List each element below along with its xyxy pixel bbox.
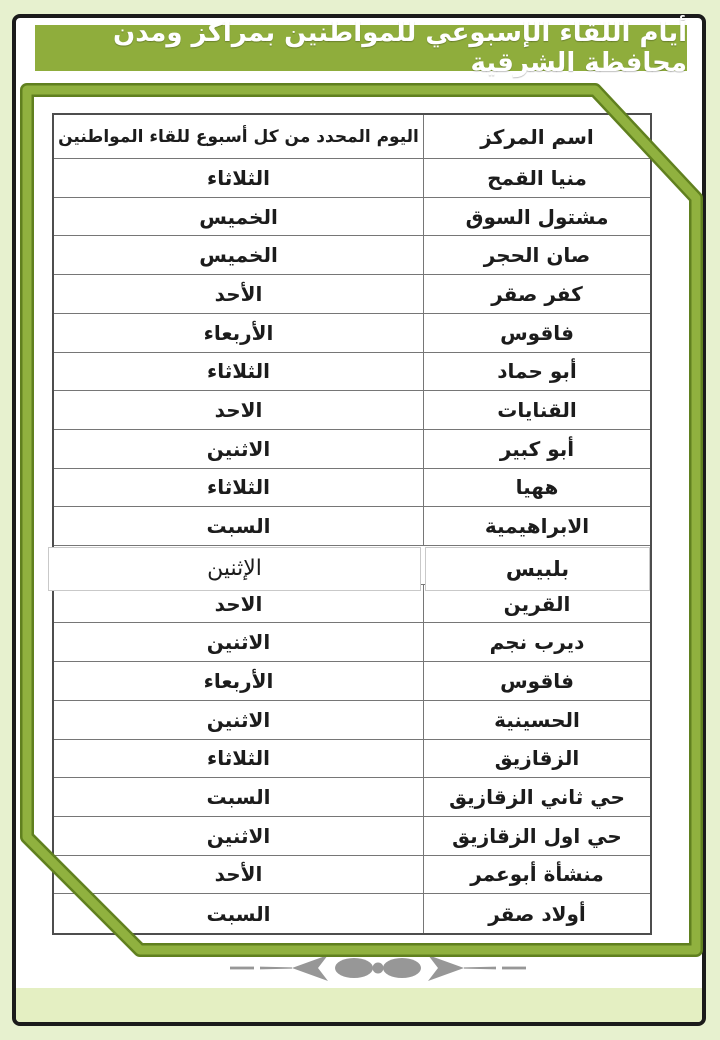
center-name-cell: الابراهيمية — [423, 507, 650, 545]
page-canvas: أيام اللقاء الإسبوعي للمواطنين بمراكز وم… — [0, 0, 720, 1040]
header-day-cell: اليوم المحدد من كل أسبوع للقاء المواطنين — [54, 115, 423, 158]
center-name-cell: ههيا — [423, 469, 650, 507]
table-row: فاقوسالأربعاء — [54, 314, 650, 353]
day-cell: الإثنين — [48, 547, 421, 591]
day-cell: الثلاثاء — [54, 159, 423, 197]
table-row: حي ثاني الزقازيقالسبت — [54, 778, 650, 817]
day-cell: الأربعاء — [54, 662, 423, 700]
table-row: حي اول الزقازيقالاثنين — [54, 817, 650, 856]
day-cell: الأربعاء — [54, 314, 423, 352]
right-taper-line — [464, 967, 496, 970]
table-row: مشتول السوقالخميس — [54, 198, 650, 237]
header-center-name-cell: اسم المركز — [423, 115, 650, 158]
table-row: أبو كبيرالاثنين — [54, 430, 650, 469]
table-row: القناياتالاحد — [54, 391, 650, 430]
left-teardrop-icon — [335, 958, 373, 978]
day-cell: الاثنين — [54, 430, 423, 468]
day-cell: الاثنين — [54, 623, 423, 661]
day-cell: السبت — [54, 894, 423, 933]
center-name-cell: أبو حماد — [423, 353, 650, 391]
center-name-cell: القنايات — [423, 391, 650, 429]
schedule-table: اسم المركز اليوم المحدد من كل أسبوع للقا… — [52, 113, 652, 935]
day-cell: الثلاثاء — [54, 469, 423, 507]
table-header-row: اسم المركز اليوم المحدد من كل أسبوع للقا… — [54, 115, 650, 159]
center-name-cell: بلبيس — [425, 547, 650, 591]
day-cell: الاحد — [54, 391, 423, 429]
page-title: أيام اللقاء الإسبوعي للمواطنين بمراكز وم… — [35, 25, 687, 71]
left-taper-line — [260, 967, 292, 970]
center-name-cell: مشتول السوق — [423, 198, 650, 236]
day-cell: الخميس — [54, 236, 423, 274]
document-page: { "title": "أيام اللقاء الإسبوعي للمواطن… — [0, 0, 720, 1040]
divider-ornament — [228, 950, 528, 986]
table-row: الزقازيقالثلاثاء — [54, 740, 650, 779]
table-row: ديرب نجمالاثنين — [54, 623, 650, 662]
table-row: منشأة أبوعمرالأحد — [54, 856, 650, 895]
right-dash — [502, 967, 526, 970]
center-name-cell: أولاد صقر — [423, 894, 650, 933]
day-cell: الأحد — [54, 275, 423, 313]
day-cell: السبت — [54, 507, 423, 545]
table-row: أبو حمادالثلاثاء — [54, 353, 650, 392]
day-cell: السبت — [54, 778, 423, 816]
center-name-cell: أبو كبير — [423, 430, 650, 468]
center-dot-icon — [373, 963, 384, 974]
table-row: صان الحجرالخميس — [54, 236, 650, 275]
center-name-cell: حي اول الزقازيق — [423, 817, 650, 855]
table-row: ههياالثلاثاء — [54, 469, 650, 508]
right-teardrop-icon — [383, 958, 421, 978]
day-cell: الثلاثاء — [54, 740, 423, 778]
center-name-cell: صان الحجر — [423, 236, 650, 274]
left-arrow-icon — [292, 955, 328, 981]
center-name-cell: ديرب نجم — [423, 623, 650, 661]
bottom-green-band — [16, 988, 702, 1022]
day-cell: الاثنين — [54, 701, 423, 739]
center-name-cell: منشأة أبوعمر — [423, 856, 650, 894]
day-cell: الاثنين — [54, 817, 423, 855]
center-name-cell: منيا القمح — [423, 159, 650, 197]
table-row: فاقوسالأربعاء — [54, 662, 650, 701]
center-name-cell: كفر صقر — [423, 275, 650, 313]
right-arrow-icon — [428, 955, 464, 981]
day-cell: الأحد — [54, 856, 423, 894]
table-row: منيا القمحالثلاثاء — [54, 159, 650, 198]
table-row: كفر صقرالأحد — [54, 275, 650, 314]
center-name-cell: حي ثاني الزقازيق — [423, 778, 650, 816]
table-row: أولاد صقرالسبت — [54, 894, 650, 933]
table-row: الحسينيةالاثنين — [54, 701, 650, 740]
divider-ornament-shapes — [230, 955, 526, 981]
table-row: الابراهيميةالسبت — [54, 507, 650, 546]
center-name-cell: فاقوس — [423, 662, 650, 700]
day-cell: الخميس — [54, 198, 423, 236]
center-name-cell: فاقوس — [423, 314, 650, 352]
left-dash — [230, 967, 254, 970]
table-row: بلبيسالإثنين — [54, 546, 650, 585]
day-cell: الثلاثاء — [54, 353, 423, 391]
center-name-cell: الحسينية — [423, 701, 650, 739]
center-name-cell: الزقازيق — [423, 740, 650, 778]
